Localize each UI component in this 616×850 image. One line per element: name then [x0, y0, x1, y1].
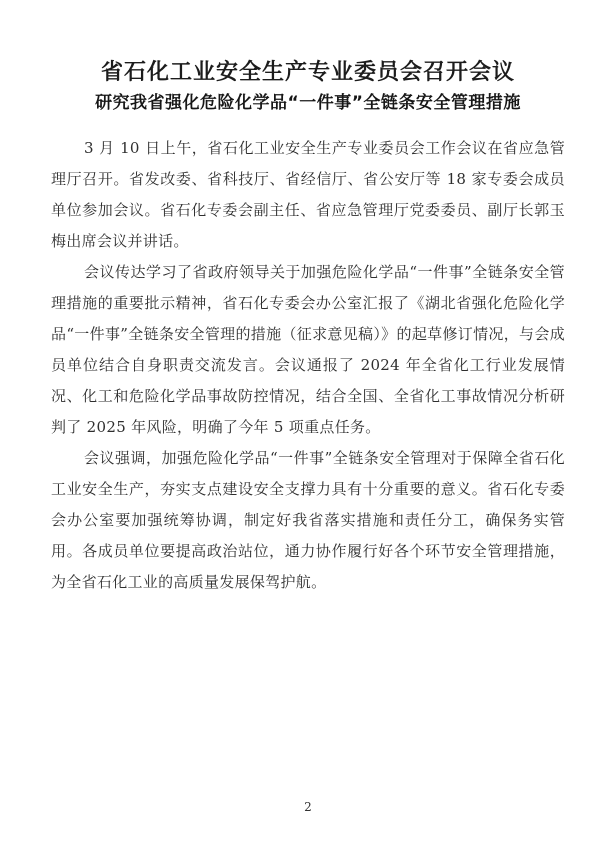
page-number: 2 [304, 800, 312, 814]
page-footer: 2 [0, 800, 616, 814]
document-body: 3 月 10 日上午，省石化工业安全生产专业委员会工作会议在省应急管理厅召开。省… [51, 133, 565, 598]
document-page: 省石化工业安全生产专业委员会召开会议 研究我省强化危险化学品“一件事”全链条安全… [0, 0, 616, 850]
body-paragraph-1: 3 月 10 日上午，省石化工业安全生产专业委员会工作会议在省应急管理厅召开。省… [51, 133, 565, 257]
body-paragraph-2: 会议传达学习了省政府领导关于加强危险化学品“一件事”全链条安全管理措施的重要批示… [51, 257, 565, 443]
document-content: 省石化工业安全生产专业委员会召开会议 研究我省强化危险化学品“一件事”全链条安全… [0, 0, 616, 598]
document-title: 省石化工业安全生产专业委员会召开会议 [51, 56, 565, 88]
body-paragraph-3: 会议强调，加强危险化学品“一件事”全链条安全管理对于保障全省石化工业安全生产，夯… [51, 443, 565, 598]
document-subtitle: 研究我省强化危险化学品“一件事”全链条安全管理措施 [51, 88, 565, 118]
